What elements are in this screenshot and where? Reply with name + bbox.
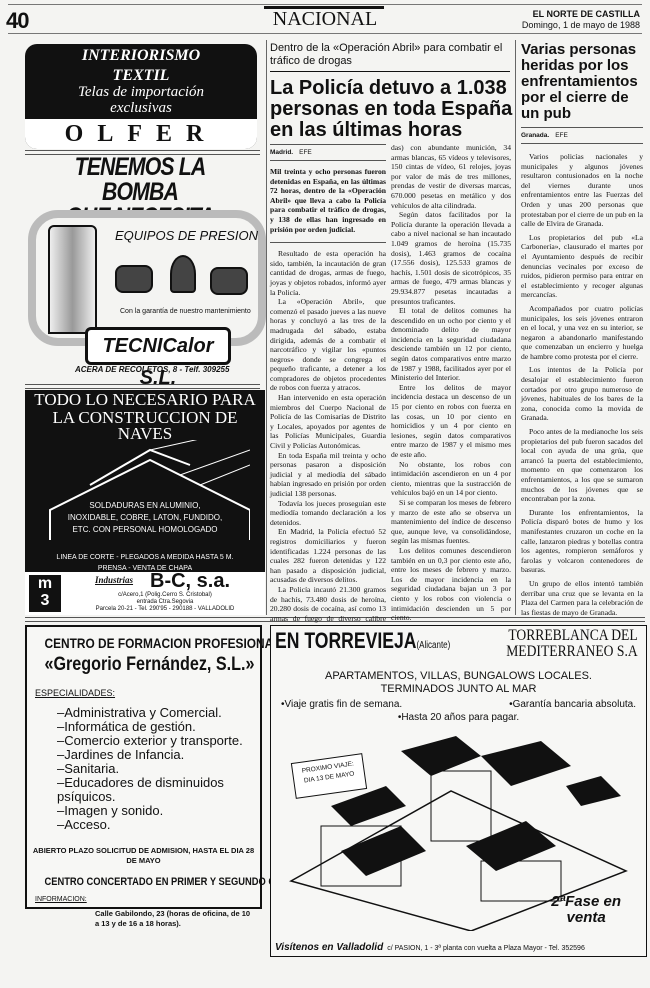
paragraph: En Madrid, la Policía efectuó 52 registr…: [270, 527, 386, 585]
ad-torrevieja-company1: TORREBLANCA DEL: [507, 628, 638, 644]
paragraph: El total de delitos comunes ha descendid…: [391, 306, 511, 383]
ad-torrevieja-visit-address: c/ PASION, 1 - 3ª planta con vuelta a Pl…: [387, 945, 585, 952]
list-item: –Acceso.: [57, 818, 260, 832]
ad-olfer-line2: TEXTIL: [25, 68, 257, 84]
ad-naves-line1: LINEA DE CORTE - PLEGADOS A MEDIDA HASTA…: [25, 552, 265, 563]
ad-torrevieja-region: (Alicante): [416, 640, 450, 651]
paragraph: Varios policías nacionales y municipales…: [521, 152, 643, 229]
paragraph: Los propietarios del pub «La Carbonería»…: [521, 233, 643, 300]
ad-cfp-concertado: CENTRO CONCERTADO EN PRIMER Y SEGUNDO GR…: [44, 876, 242, 888]
water-tank-icon: [48, 225, 97, 334]
paragraph: Durante los enfrentamientos, la Policía …: [521, 508, 643, 575]
ad-torrevieja-bullet2: •Garantía bancaria absoluta.: [509, 698, 636, 711]
ad-torrevieja: EN TORREVIEJA(Alicante) TORREBLANCA DEL …: [270, 625, 647, 957]
page-number: 40: [6, 8, 28, 34]
ad-naves-welding3: ETC. CON PERSONAL HOMOLOGADO: [25, 524, 265, 536]
ad-naves-headline2: LA CONSTRUCCION DE NAVES: [25, 408, 265, 442]
list-item: –Educadores de disminuidos psíquicos.: [57, 776, 260, 804]
ad-naves-welding1: SOLDADURAS EN ALUMINIO,: [25, 500, 265, 512]
ad-naves: TODO LO NECESARIO PARA LA CONSTRUCCION D…: [25, 390, 265, 615]
ad-torrevieja-phase: 2ªFase en venta: [551, 894, 621, 926]
ad-naves-industrias: Industrias: [95, 575, 133, 585]
ad-naves-headline1: TODO LO NECESARIO PARA: [25, 390, 265, 408]
paragraph: La «Operación Abril», que comenzó el pas…: [270, 297, 386, 393]
article-kicker: Dentro de la «Operación Abril» para comb…: [270, 42, 510, 72]
side-article-body: Granada.EFE Varios policías nacionales y…: [521, 127, 643, 617]
ad-torrevieja-title-text: EN TORREVIEJA: [275, 628, 416, 653]
article-column-2: das) con abundante munición, 34 armas bl…: [391, 143, 511, 623]
ad-naves-welding: SOLDADURAS EN ALUMINIO, INOXIDABLE, COBR…: [25, 500, 265, 536]
paragraph: Todavía los jueces proseguían este medio…: [270, 499, 386, 528]
article-headline: La Policía detuvo a 1.038 personas en to…: [270, 78, 515, 141]
ad-cfp-title2: «Gregorio Fernández, S.L.»: [44, 654, 242, 676]
ad-naves-address: c/Acero,1 (Polig.Cerro S. Cristobal) ent…: [65, 592, 265, 613]
paragraph: Según datos facilitados por la Policía d…: [391, 210, 511, 306]
ad-torrevieja-bullet3: •Hasta 20 años para pagar.: [271, 711, 646, 724]
list-item: –Jardines de Infancia.: [57, 748, 260, 762]
paragraph: Poco antes de la medianoche los seis pro…: [521, 427, 643, 504]
ad-naves-footer: m3 Industrias B-C, s.a. c/Acero,1 (Polig…: [25, 572, 265, 615]
section-title: NACIONAL: [250, 8, 400, 31]
ad-separator: [25, 384, 260, 389]
ad-olfer-line3: Telas de importación: [25, 84, 257, 100]
ad-cfp-admision: ABIERTO PLAZO SOLICITUD DE ADMISION, HAS…: [27, 846, 260, 866]
ad-torrevieja-fase2: venta: [551, 910, 621, 926]
paragraph: Los intentos de la Policía por desalojar…: [521, 365, 643, 423]
ad-olfer: INTERIORISMO TEXTIL Telas de importación…: [25, 44, 257, 149]
list-item: –Administrativa y Comercial.: [57, 706, 260, 720]
ad-torrevieja-title: EN TORREVIEJA(Alicante): [275, 628, 450, 654]
ad-naves-addr3: Parcela 20-21 - Tel. 290'95 - 290188 - V…: [65, 606, 265, 613]
article-byline: Madrid.EFE: [270, 144, 386, 161]
ad-tecnicalor: TENEMOS LA BOMBA QUE NECESITA EQUIPOS DE…: [20, 155, 260, 380]
ad-tecnicalor-logo: TECNICalor S.L.: [85, 327, 231, 365]
ad-naves-addr1: c/Acero,1 (Polig.Cerro S. Cristobal): [65, 592, 265, 599]
ad-tecnicalor-headline1: TENEMOS LA BOMBA: [38, 155, 242, 205]
article-column-1: Madrid.EFE Mil treinta y ocho personas f…: [270, 144, 386, 633]
ad-naves-company: B-C, s.a.: [150, 570, 230, 593]
column-rule: [266, 40, 267, 615]
article-lead: Mil treinta y ocho personas fueron deten…: [270, 167, 386, 243]
ad-torrevieja-company2: MEDITERRANEO S.A: [507, 644, 638, 660]
header-top-rule: [8, 4, 642, 5]
ad-naves-welding2: INOXIDABLE, COBRE, LATON, FUNDIDO,: [25, 512, 265, 524]
side-article-byline: Granada.EFE: [521, 127, 643, 144]
ad-torrevieja-offer: APARTAMENTOS, VILLAS, BUNGALOWS LOCALES.…: [271, 670, 646, 696]
byline-city: Granada.: [521, 132, 549, 139]
paragraph: No obstante, los robos con intimidación …: [391, 460, 511, 498]
paragraph: Un grupo de ellos intentó también derrib…: [521, 579, 643, 617]
ad-torrevieja-company: TORREBLANCA DEL MEDITERRANEO S.A: [507, 628, 638, 660]
ad-cfp-especialidades-label: ESPECIALIDADES:: [35, 688, 260, 698]
paragraph: Han intervenido en esta operación miembr…: [270, 393, 386, 451]
paragraph: Entre los delitos de mayor incidencia de…: [391, 383, 511, 460]
ad-olfer-line1: INTERIORISMO: [25, 48, 257, 64]
paragraph: Resultado de esta operación ha sido, tam…: [270, 249, 386, 297]
ad-cfp: CENTRO DE FORMACION PROFESIONAL «Gregori…: [25, 625, 262, 909]
newspaper-name: EL NORTE DE CASTILLA: [522, 9, 640, 20]
ad-cfp-title1: CENTRO DE FORMACION PROFESIONAL: [44, 635, 242, 651]
list-item: –Sanitaria.: [57, 762, 260, 776]
ad-tecnicalor-guarantee: Con la garantía de nuestro mantenimiento: [120, 308, 251, 315]
ad-olfer-line4: exclusivas: [25, 100, 257, 116]
list-item: –Informática de gestión.: [57, 720, 260, 734]
paragraph: das) con abundante munición, 34 armas bl…: [391, 143, 511, 210]
ad-cfp-informacion-label: INFORMACION:: [35, 896, 260, 903]
paragraph: Los delitos comunes descendieron también…: [391, 546, 511, 623]
ad-olfer-brand: OLFER: [25, 119, 257, 149]
mb-logo-icon: m3: [29, 575, 61, 612]
ad-cfp-informacion: Calle Gabilondo, 23 (horas de oficina, d…: [95, 909, 252, 929]
byline-city: Madrid.: [270, 149, 293, 156]
pump-icon: [210, 267, 248, 295]
ad-cfp-especialidades-list: –Administrativa y Comercial. –Informátic…: [57, 706, 260, 832]
list-item: –Imagen y sonido.: [57, 804, 260, 818]
header-bottom-rule: [8, 33, 642, 34]
ad-torrevieja-line1: APARTAMENTOS, VILLAS, BUNGALOWS LOCALES.: [271, 670, 646, 683]
column-rule: [515, 40, 516, 615]
ad-torrevieja-bullet1: •Viaje gratis fin de semana.: [281, 699, 402, 710]
side-article-headline: Varias personas heridas por los enfrenta…: [521, 42, 646, 122]
byline-agency: EFE: [555, 132, 568, 139]
masthead: EL NORTE DE CASTILLA Domingo, 1 de mayo …: [522, 9, 640, 31]
list-item: –Comercio exterior y transporte.: [57, 734, 260, 748]
pump-icon: [115, 265, 153, 293]
ad-torrevieja-line2: TERMINADOS JUNTO AL MAR: [271, 683, 646, 696]
ad-tecnicalor-address: ACERA DE RECOLETOS, 8 - Telf. 309255: [75, 365, 229, 374]
ad-torrevieja-fase1: 2ªFase en: [551, 894, 621, 910]
byline-agency: EFE: [299, 149, 312, 156]
ad-torrevieja-visit-text: Visítenos en Valladolid: [275, 942, 383, 953]
paragraph: En toda España mil treinta y ocho person…: [270, 451, 386, 499]
ad-torrevieja-visit: Visítenos en Valladolidc/ PASION, 1 - 3ª…: [275, 942, 585, 953]
ad-torrevieja-bullets: •Viaje gratis fin de semana. •Garantía b…: [271, 698, 646, 724]
paragraph: Acompañados por cuatro policías municipa…: [521, 304, 643, 362]
issue-date: Domingo, 1 de mayo de 1988: [522, 20, 640, 31]
pressure-tank-icon: [170, 255, 196, 293]
paragraph: Si se comparan los meses de febrero y ma…: [391, 498, 511, 546]
ad-tecnicalor-subtitle: EQUIPOS DE PRESION: [115, 228, 258, 243]
ad-naves-addr2: entrada Ctra.Segovia: [65, 599, 265, 606]
